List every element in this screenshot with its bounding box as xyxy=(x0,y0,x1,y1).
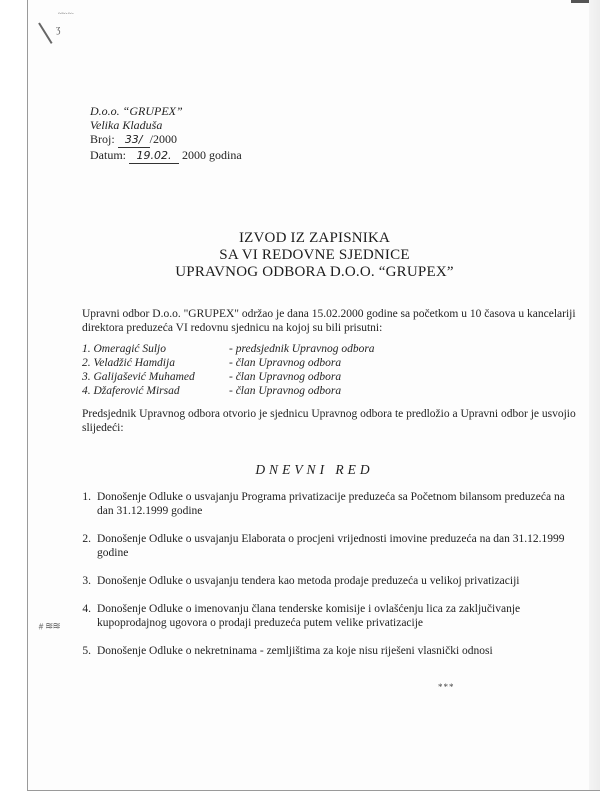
document-date: Datum: 19.02. 2000 godina xyxy=(90,148,242,164)
agenda-title: DNEVNI RED xyxy=(28,462,600,478)
end-mark: *** xyxy=(438,682,455,692)
handwritten-number: 33/ xyxy=(118,133,150,148)
scan-smudge: ﹟≋≋ xyxy=(36,617,60,632)
reference-number: Broj: 33//2000 xyxy=(90,132,242,148)
handwritten-date: 19.02. xyxy=(129,149,179,164)
members-list: 1. Omeragić Suljo - predsjednik Upravnog… xyxy=(82,342,375,398)
scanned-document-page: ʒ ~~·~· D.o.o. “GRUPEX” Velika Kladuša B… xyxy=(27,0,600,791)
agenda-item: 4. Donošenje Odluke o imenovanju člana t… xyxy=(72,602,582,630)
member-row: 3. Galijašević Muhamed - član Upravnog o… xyxy=(82,370,375,384)
company-city: Velika Kladuša xyxy=(90,118,242,132)
agenda-item: 5. Donošenje Odluke o nekretninama - zem… xyxy=(72,644,582,658)
document-title: IZVOD IZ ZAPISNIKA SA VI REDOVNE SJEDNIC… xyxy=(28,230,600,281)
member-row: 1. Omeragić Suljo - predsjednik Upravnog… xyxy=(82,342,375,356)
scan-edge xyxy=(571,0,600,3)
scan-mark: ʒ xyxy=(56,24,60,35)
opening-paragraph: Predsjednik Upravnog odbora otvorio je s… xyxy=(82,407,592,435)
intro-paragraph: Upravni odbor D.o.o. "GRUPEX" održao je … xyxy=(82,307,582,335)
member-row: 2. Veladžić Hamdija - član Upravnog odbo… xyxy=(82,356,375,370)
document-header: D.o.o. “GRUPEX” Velika Kladuša Broj: 33/… xyxy=(90,104,242,164)
scan-mark: ~~·~· xyxy=(58,10,74,18)
company-name: D.o.o. “GRUPEX” xyxy=(90,104,242,118)
staple-mark xyxy=(38,22,52,43)
agenda-list: 1. Donošenje Odluke o usvajanju Programa… xyxy=(72,490,582,672)
member-row: 4. Džaferović Mirsad - član Upravnog odb… xyxy=(82,384,375,398)
agenda-item: 1. Donošenje Odluke o usvajanju Programa… xyxy=(72,490,582,518)
agenda-item: 3. Donošenje Odluke o usvajanju tendera … xyxy=(72,574,582,588)
agenda-item: 2. Donošenje Odluke o usvajanju Elaborat… xyxy=(72,532,582,560)
